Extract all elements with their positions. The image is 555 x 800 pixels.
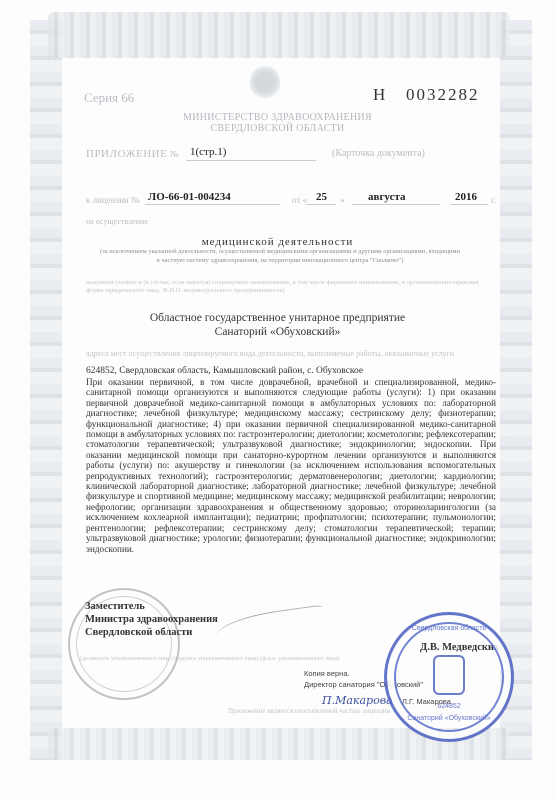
signer-position-line3: Свердловской области — [85, 626, 192, 639]
places-caption: адреса мест осуществления лицензируемого… — [86, 349, 496, 358]
stamp-top-text: Свердловская область — [387, 625, 511, 632]
organization-caption: выданной (полное и (в случае, если имеет… — [86, 279, 496, 295]
appendix-label: ПРИЛОЖЕНИЕ — [86, 148, 167, 160]
license-number: ЛО-66-01-004234 — [148, 191, 231, 203]
serial-digits: 0032282 — [406, 85, 480, 104]
license-month-underline — [352, 204, 440, 205]
certifier-handwritten-signature: П.Макарова — [322, 694, 393, 707]
signer-position-line2: Министра здравоохранения — [85, 613, 218, 626]
license-year: 2016 — [455, 191, 477, 203]
license-from-label: от « — [292, 195, 307, 205]
license-day-underline — [306, 204, 336, 205]
appendix-number-underline — [186, 160, 316, 161]
appendix-number: 1(стр.1) — [190, 146, 226, 158]
footer-note: Приложение является неотъемлемой частью … — [228, 707, 390, 715]
serial-number: Н 0032282 — [373, 85, 480, 105]
coat-of-arms-icon — [250, 63, 280, 101]
organization-name-line2: Санаторий «Обуховский» — [0, 325, 555, 339]
stamp-index: 624852 — [387, 703, 511, 710]
license-month: августа — [368, 191, 406, 203]
license-number-underline — [145, 204, 280, 205]
license-day: 25 — [316, 191, 327, 203]
license-day-close: » — [340, 195, 345, 205]
series-label: Серия 66 — [84, 90, 134, 106]
copy-certified-label: Копия верна. — [304, 669, 350, 678]
stamp-bottom-text: Санаторий «Обуховский» — [387, 715, 511, 722]
organization-name-line1: Областное государственное унитарное пред… — [0, 311, 555, 325]
ministry-title-line1: МИНИСТЕРСТВО ЗДРАВООХРАНЕНИЯ — [0, 112, 555, 123]
activity-prefix: на осуществление — [86, 217, 148, 226]
license-year-underline — [450, 204, 488, 205]
license-prefix: к лицензии № — [86, 195, 140, 205]
sanatorium-stamp: Свердловская область 624852 Санаторий «О… — [384, 612, 514, 742]
activity-note: (за исключением указанной деятельности, … — [100, 248, 460, 265]
address: 624852, Свердловская область, Камышловск… — [86, 366, 363, 376]
license-appendix-page: Серия 66 Н 0032282 МИНИСТЕРСТВО ЗДРАВООХ… — [0, 0, 555, 800]
signer-position-line1: Заместитель — [85, 600, 145, 613]
services-text: При оказании первичной, в том числе довр… — [86, 377, 496, 554]
activity-title: медицинской деятельности — [0, 236, 555, 248]
serial-letter: Н — [373, 85, 387, 104]
license-year-suffix: г. — [491, 195, 496, 205]
appendix-right-faint: (Карточка документа) — [332, 148, 425, 159]
ornamental-border-top — [48, 12, 510, 58]
ministry-title-line2: СВЕРДЛОВСКОЙ ОБЛАСТИ — [0, 123, 555, 134]
stamp-emblem-icon — [433, 655, 465, 695]
appendix-number-sign: № — [170, 149, 179, 159]
